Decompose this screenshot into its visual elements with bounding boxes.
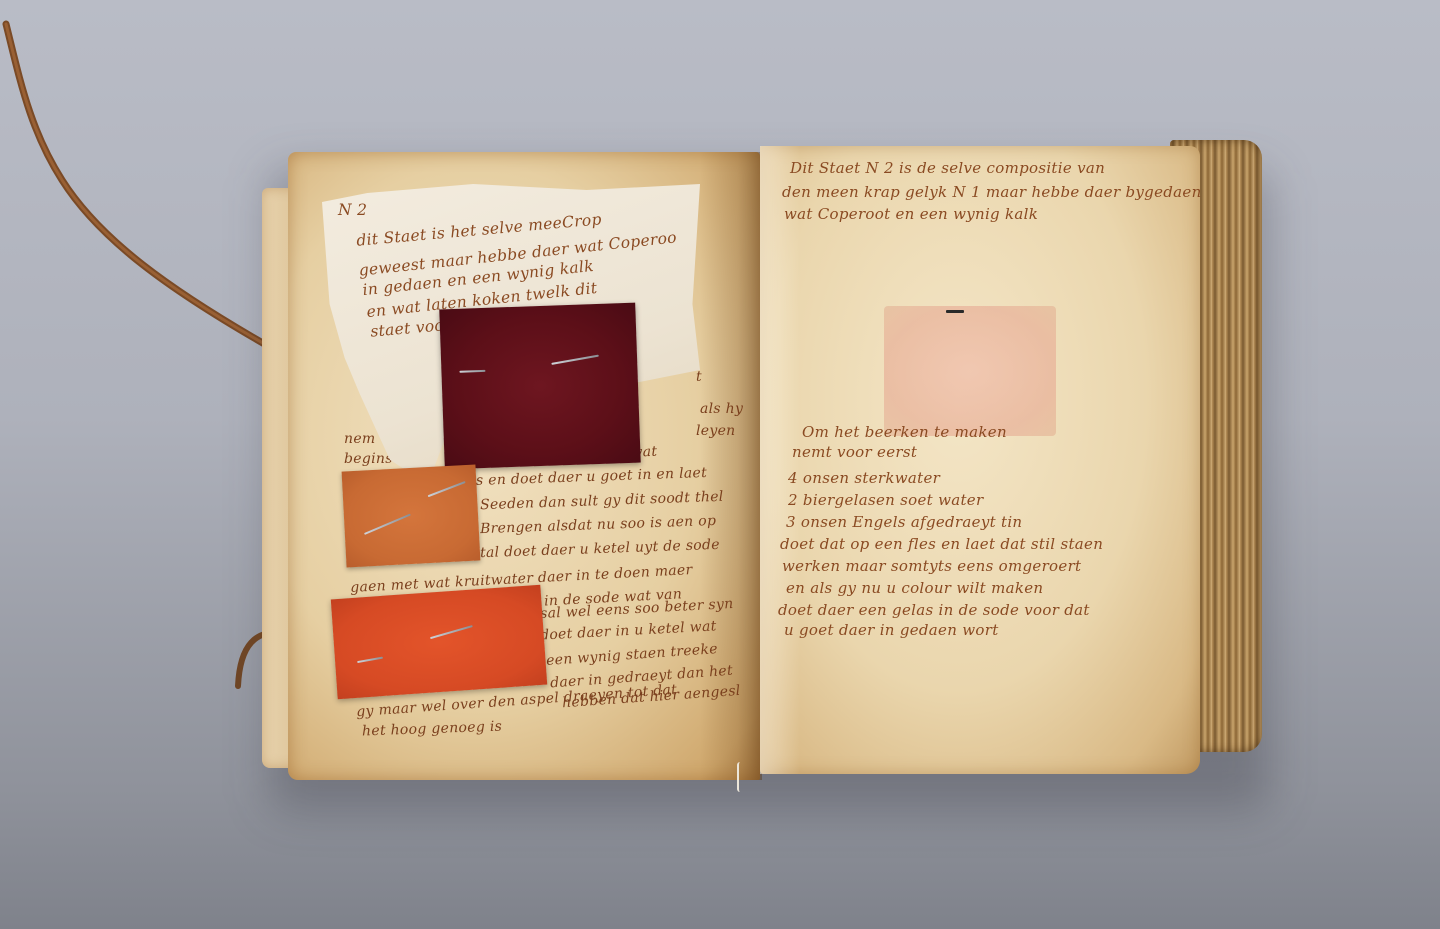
handwritten-line: doet daer een gelas in de sode voor dat (778, 600, 1090, 621)
handwritten-line: den meen krap gelyk N 1 maar hebbe daer … (782, 182, 1202, 203)
pin-icon (551, 355, 599, 365)
handwritten-line: 3 onsen Engels afgedraeyt tin (786, 512, 1022, 533)
fabric-swatch-dark-crimson (439, 303, 640, 470)
handwritten-line: wat Coperoot en een wynig kalk (784, 204, 1038, 225)
handwritten-line: als hy (700, 398, 743, 420)
pin-icon (364, 514, 411, 535)
fabric-swatch-orange (342, 465, 481, 568)
pin-icon (459, 370, 485, 373)
fabric-swatch-pale-pink (884, 306, 1056, 436)
handwritten-line: en als gy nu u colour wilt maken (786, 578, 1043, 599)
recipe-title: Om het beerken te maken (802, 422, 1007, 443)
fabric-swatch-scarlet (331, 585, 547, 699)
pin-icon (430, 625, 473, 639)
handwritten-line: doet dat op een fles en laet dat stil st… (780, 534, 1103, 555)
pin-icon (357, 657, 383, 663)
leather-tie-strap (0, 0, 300, 360)
handwritten-line: 4 onsen sterkwater (788, 468, 940, 489)
handwritten-line: 2 biergelasen soet water (788, 490, 983, 511)
handwritten-line: Dit Staet N 2 is de selve compositie van (790, 158, 1105, 179)
handwritten-line: u goet daer in gedaen wort (784, 620, 999, 641)
pin-icon (946, 310, 964, 313)
binding-thread (737, 762, 743, 792)
handwritten-line: begins (344, 448, 393, 470)
pin-icon (428, 481, 466, 497)
handwritten-line: leyen (696, 420, 735, 442)
note-heading: N 2 (338, 200, 367, 221)
handwritten-line: werken maar somtyts eens omgeroert (782, 556, 1081, 577)
handwritten-line: nemt voor eerst (792, 442, 917, 463)
handwritten-line: nem (344, 428, 375, 450)
